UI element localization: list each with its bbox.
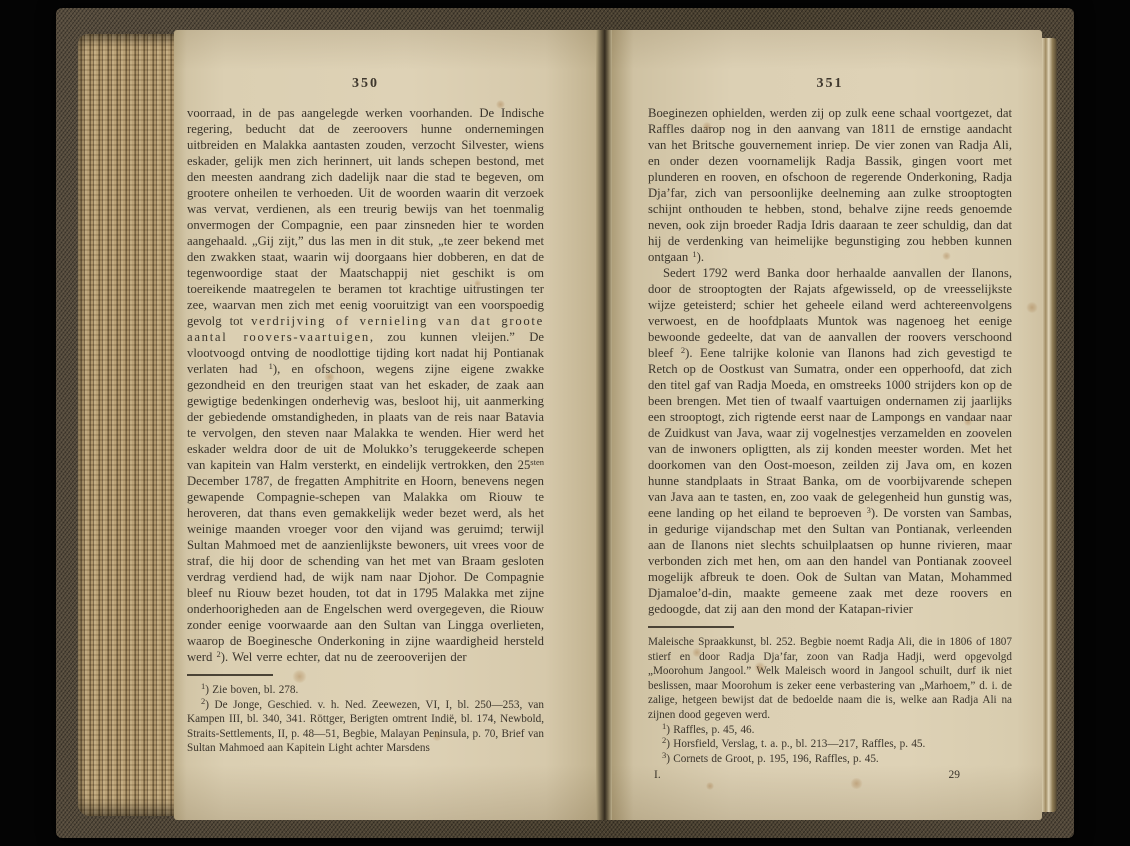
footnotes-right: 1) Raffles, p. 45, 46.2) Horsfield, Vers… <box>648 723 1012 767</box>
signature-mark: I. <box>654 768 661 782</box>
text-column-left: 350 voorraad, in de pas aangelegde werke… <box>187 76 544 756</box>
page-fore-edge <box>1042 38 1057 812</box>
footnote-rule-right <box>648 626 734 628</box>
footnote-line: 3) Cornets de Groot, p. 195, 196, Raffle… <box>648 752 1012 767</box>
sheet-number: 29 <box>949 768 961 782</box>
photo-background: 350 voorraad, in de pas aangelegde werke… <box>0 0 1130 846</box>
footnote-line: 1) Zie boven, bl. 278. <box>187 683 544 698</box>
signature-row: I. 29 <box>648 766 1012 782</box>
page-number-right: 351 <box>648 76 1012 92</box>
book-gutter <box>596 30 612 820</box>
footnote-line: 2) Horsfield, Verslag, t. a. p., bl. 213… <box>648 737 1012 752</box>
footnotes-left: 1) Zie boven, bl. 278.2) De Jonge, Gesch… <box>187 683 544 756</box>
page-number-left: 350 <box>187 76 544 92</box>
body-paragraph-1: Boeginezen ophielden, werden zij op zulk… <box>648 105 1012 265</box>
body-text-left: voorraad, in de pas aangelegde werken vo… <box>187 105 544 665</box>
footnote-line: 2) De Jonge, Geschied. v. h. Ned. Zeewez… <box>187 698 544 756</box>
body-paragraph-2: Sedert 1792 werd Banka door herhaalde aa… <box>648 265 1012 617</box>
page-left: 350 voorraad, in de pas aangelegde werke… <box>174 30 596 820</box>
page-right: 351 Boeginezen ophielden, werden zij op … <box>612 30 1042 820</box>
text-column-right: 351 Boeginezen ophielden, werden zij op … <box>648 76 1012 782</box>
footnote-continuation: Maleische Spraakkunst, bl. 252. Begbie n… <box>648 635 1012 723</box>
book-cover: 350 voorraad, in de pas aangelegde werke… <box>56 8 1074 838</box>
footnote-rule-left <box>187 674 273 676</box>
footnote-line: 1) Raffles, p. 45, 46. <box>648 723 1012 738</box>
